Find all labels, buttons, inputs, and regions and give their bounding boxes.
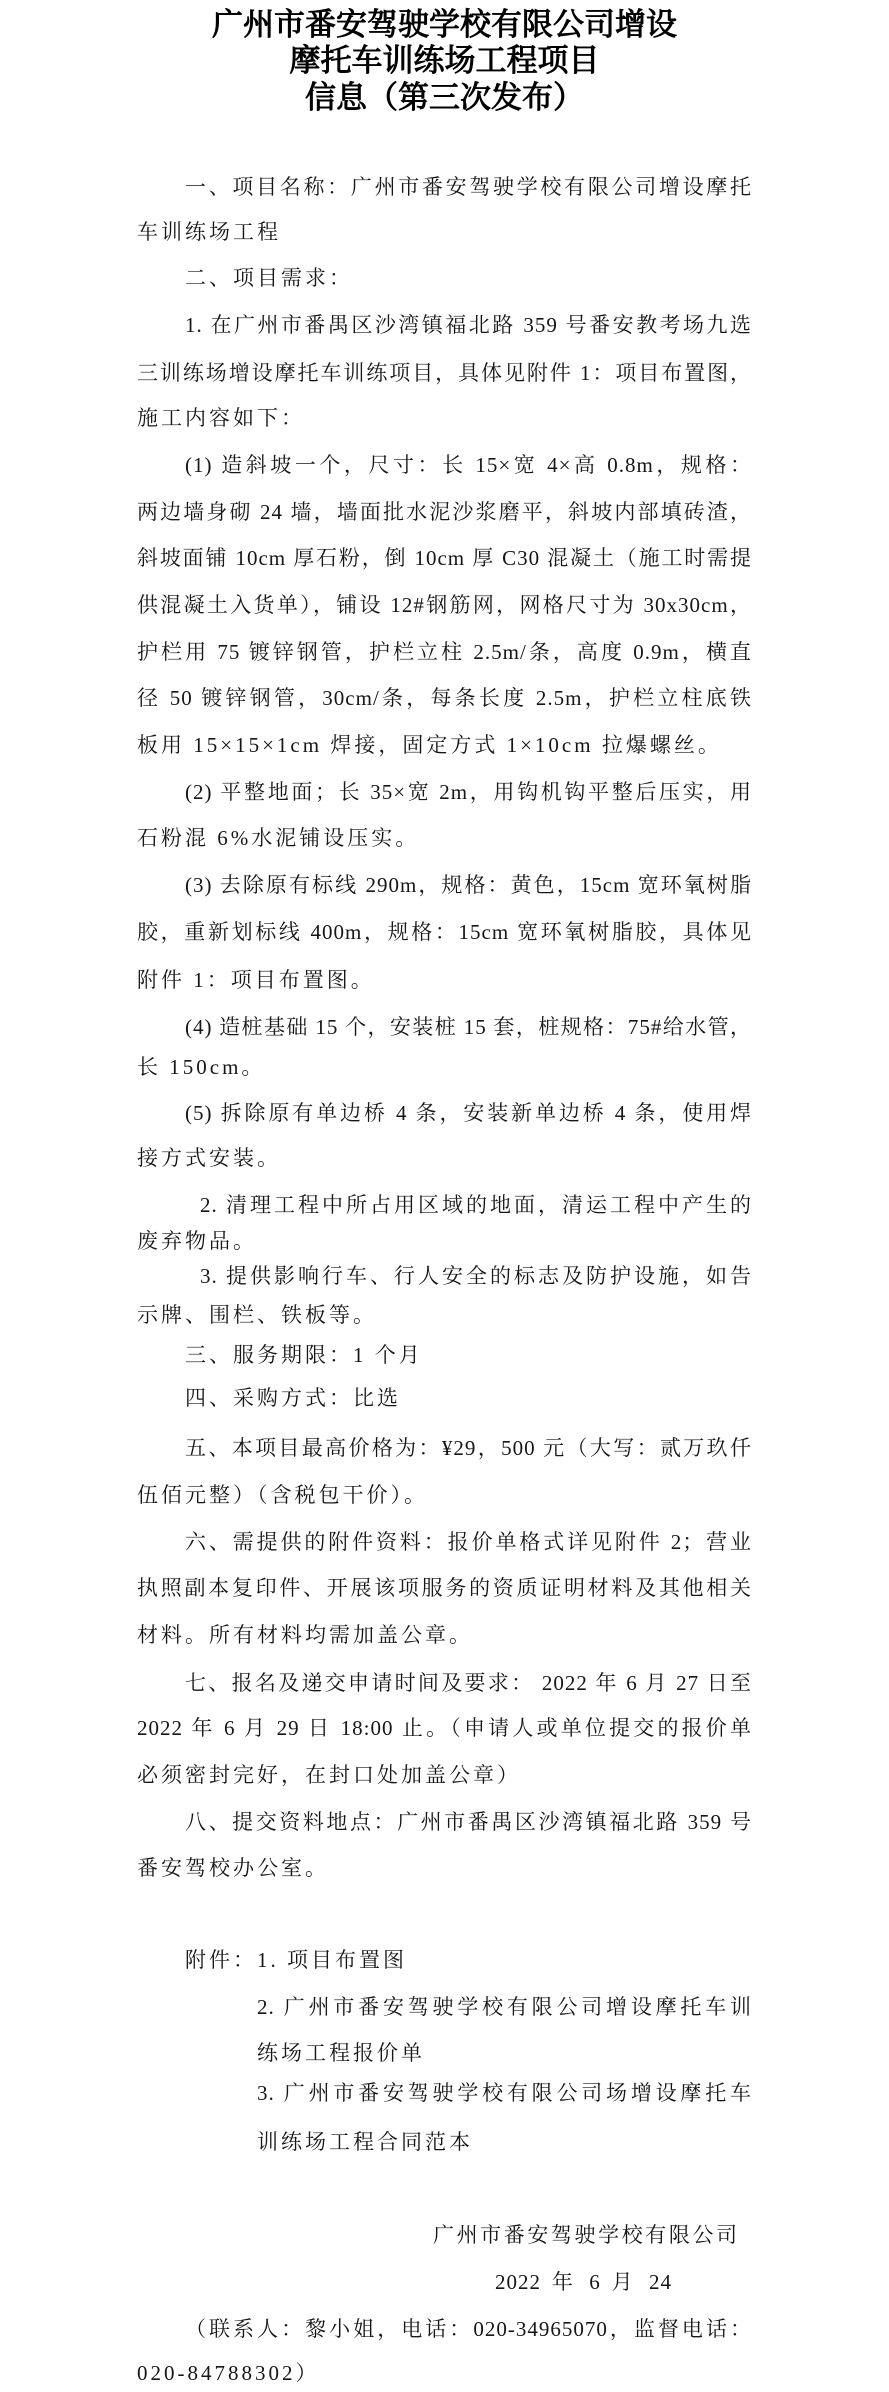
requirement-sub-1-line: 径 50 镀锌钢管，30cm/条，每条长度 2.5m，护栏立柱底铁 — [137, 683, 752, 713]
signature-organization: 广州市番安驾驶学校有限公司 — [433, 2220, 738, 2250]
service-period: 三、服务期限：1 个月 — [185, 1340, 423, 1370]
requirement-item-3-line: 3. 提供影响行车、行人安全的标志及防护设施，如告 — [200, 1261, 752, 1291]
requirement-sub-3-line: 胶，重新划标线 400m，规格：15cm 宽环氧树脂胶，具体见 — [137, 917, 752, 947]
requirement-item-2-line: 废弃物品。 — [137, 1226, 257, 1256]
procurement-method: 四、采购方式：比选 — [185, 1383, 401, 1413]
document-title-line-1: 广州市番安驾驶学校有限公司增设 — [0, 7, 889, 43]
application-time-line: 七、报名及递交申请时间及要求： 2022 年 6 月 27 日至 — [185, 1668, 752, 1698]
requirement-item-1-line: 三训练场增设摩托车训练项目，具体见附件 1：项目布置图， — [137, 358, 752, 388]
requirement-item-3-line: 示牌、围栏、铁板等。 — [137, 1300, 377, 1330]
requirement-sub-1-line: 护栏用 75 镀锌钢管，护栏立柱 2.5m/条，高度 0.9m，横直 — [137, 637, 752, 667]
requirement-sub-2-line: (2) 平整地面；长 35×宽 2m，用钩机钩平整后压实，用 — [185, 777, 752, 807]
max-price-line: 伍佰元整）（含税包干价）。 — [137, 1480, 428, 1510]
requirement-sub-1-line: 供混凝土入货单），铺设 12#钢筋网，网格尺寸为 30x30cm， — [137, 590, 752, 620]
required-documents-line: 六、需提供的附件资料：报价单格式详见附件 2；营业 — [185, 1527, 752, 1557]
requirement-sub-1-line: 斜坡面铺 10cm 厚石粉，倒 10cm 厚 C30 混凝土（施工时需提 — [137, 543, 752, 573]
required-documents-line: 材料。所有材料均需加盖公章。 — [137, 1620, 473, 1650]
attachment-item-3: 训练场工程合同范本 — [257, 2127, 473, 2157]
requirement-item-1-line: 1. 在广州市番禺区沙湾镇福北路 359 号番安教考场九选 — [185, 310, 752, 340]
attachment-item-2: 2. 广州市番安驾驶学校有限公司增设摩托车训 — [257, 1992, 752, 2022]
requirements-heading: 二、项目需求： — [185, 263, 353, 293]
requirement-sub-4-line: (4) 造桩基础 15 个，安装桩 15 套，桩规格：75#给水管， — [185, 1012, 752, 1042]
attachment-item-2: 练场工程报价单 — [257, 2038, 425, 2068]
required-documents-line: 执照副本复印件、开展该项服务的资质证明材料及其他相关 — [137, 1573, 752, 1603]
project-name-line: 一、项目名称：广州市番安驾驶学校有限公司增设摩托 — [185, 172, 752, 202]
attachments-label: 附件： — [185, 1945, 257, 1975]
contact-info-line: 020-84788302） — [137, 2358, 320, 2388]
requirement-sub-3-line: 附件 1：项目布置图。 — [137, 965, 375, 995]
requirement-sub-2-line: 石粉混 6%水泥铺设压实。 — [137, 823, 419, 853]
signature-date: 2022 年 6 月 24 日 — [495, 2267, 672, 2297]
document-title-line-2: 摩托车训练场工程项目 — [0, 43, 889, 79]
requirement-sub-3-line: (3) 去除原有标线 290m，规格：黄色，15cm 宽环氧树脂 — [185, 870, 752, 900]
submission-location-line: 八、提交资料地点：广州市番禺区沙湾镇福北路 359 号 — [185, 1807, 752, 1837]
requirement-sub-1-line: 两边墙身砌 24 墙，墙面批水泥沙浆磨平，斜坡内部填砖渣， — [137, 497, 752, 527]
attachment-item-1: 1. 项目布置图 — [257, 1945, 407, 1975]
submission-location-line: 番安驾校办公室。 — [137, 1853, 329, 1883]
requirement-sub-1-line: 板用 15×15×1cm 焊接，固定方式 1×10cm 拉爆螺丝。 — [137, 730, 722, 760]
application-time-line: 2022 年 6 月 29 日 18:00 止。（申请人或单位提交的报价单 — [137, 1713, 752, 1743]
application-time-line: 必须密封完好，在封口处加盖公章） — [137, 1760, 521, 1790]
attachment-item-3: 3. 广州市番安驾驶学校有限公司场增设摩托车 — [257, 2078, 752, 2108]
requirement-sub-5-line: (5) 拆除原有单边桥 4 条，安装新单边桥 4 条，使用焊 — [185, 1098, 752, 1128]
max-price-line: 五、本项目最高价格为：¥29，500 元（大写：贰万玖仟 — [185, 1433, 752, 1463]
requirement-sub-5-line: 接方式安装。 — [137, 1143, 281, 1173]
requirement-sub-4-line: 长 150cm。 — [137, 1052, 265, 1082]
document-title-line-3: 信息（第三次发布） — [0, 80, 889, 116]
requirement-item-2-line: 2. 清理工程中所占用区域的地面，清运工程中产生的 — [200, 1190, 752, 1220]
document-page: 广州市番安驾驶学校有限公司增设 摩托车训练场工程项目 信息（第三次发布） 一、项… — [0, 0, 889, 2392]
requirement-sub-1-line: (1) 造斜坡一个，尺寸：长 15×宽 4×高 0.8m，规格： — [185, 450, 752, 480]
project-name-line: 车训练场工程 — [137, 217, 281, 247]
requirement-item-1-line: 施工内容如下： — [137, 403, 305, 433]
contact-info-line: （联系人：黎小姐，电话：020-34965070，监督电话： — [185, 2314, 752, 2344]
